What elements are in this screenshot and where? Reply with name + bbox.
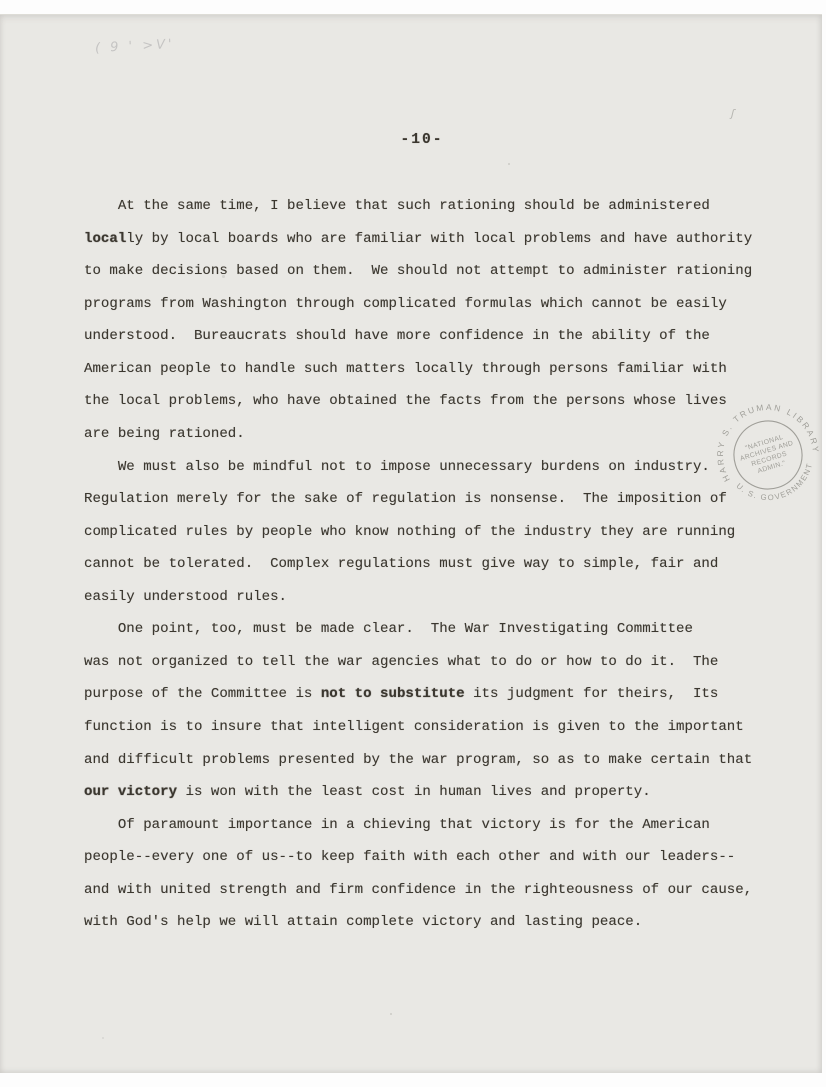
text-line: to make decisions based on them. We shou… [84, 255, 784, 288]
text-line: people--every one of us--to keep faith w… [84, 841, 784, 874]
text-line: are being rationed. [84, 418, 784, 451]
text-line: complicated rules by people who know not… [84, 516, 784, 549]
text-line: function is to insure that intelligent c… [84, 711, 784, 744]
archive-stamp: HARRY S. TRUMAN LIBRARY U. S. GOVERNMENT… [708, 395, 826, 515]
text-line: At the same time, I believe that such ra… [84, 190, 784, 223]
paper-speck [390, 1013, 392, 1015]
pencil-note: ( 9 ' >V' [95, 37, 175, 56]
text-line: programs from Washington through complic… [84, 288, 784, 321]
text-line: locally by local boards who are familiar… [84, 223, 784, 256]
paper-speck [222, 275, 225, 278]
text-line: the local problems, who have obtained th… [84, 385, 784, 418]
page-number: -10- [84, 132, 760, 148]
text-line: and difficult problems presented by the … [84, 744, 784, 777]
text-line: cannot be tolerated. Complex regulations… [84, 548, 784, 581]
text-line: American people to handle such matters l… [84, 353, 784, 386]
paper-speck [508, 163, 510, 165]
text-line: One point, too, must be made clear. The … [84, 613, 784, 646]
paper-speck [102, 1037, 104, 1039]
text-line: purpose of the Committee is not to subst… [84, 678, 784, 711]
text-line: Regulation merely for the sake of regula… [84, 483, 784, 516]
document-lines: At the same time, I believe that such ra… [84, 190, 784, 939]
text-line: was not organized to tell the war agenci… [84, 646, 784, 679]
text-line: and with united strength and firm confid… [84, 874, 784, 907]
text-line: our victory is won with the least cost i… [84, 776, 784, 809]
text-line: with God's help we will attain complete … [84, 906, 784, 939]
text-line: easily understood rules. [84, 581, 784, 614]
paper-sheet: ( 9 ' >V' -10- At the same time, I belie… [0, 14, 822, 1073]
text-line: Of paramount importance in a chieving th… [84, 809, 784, 842]
scan-smudge: ʃ [729, 107, 736, 121]
scanned-document-page: ( 9 ' >V' -10- At the same time, I belie… [0, 0, 826, 1087]
text-line: We must also be mindful not to impose un… [84, 451, 784, 484]
stamp-graphic: HARRY S. TRUMAN LIBRARY U. S. GOVERNMENT… [708, 395, 826, 515]
text-line: understood. Bureaucrats should have more… [84, 320, 784, 353]
